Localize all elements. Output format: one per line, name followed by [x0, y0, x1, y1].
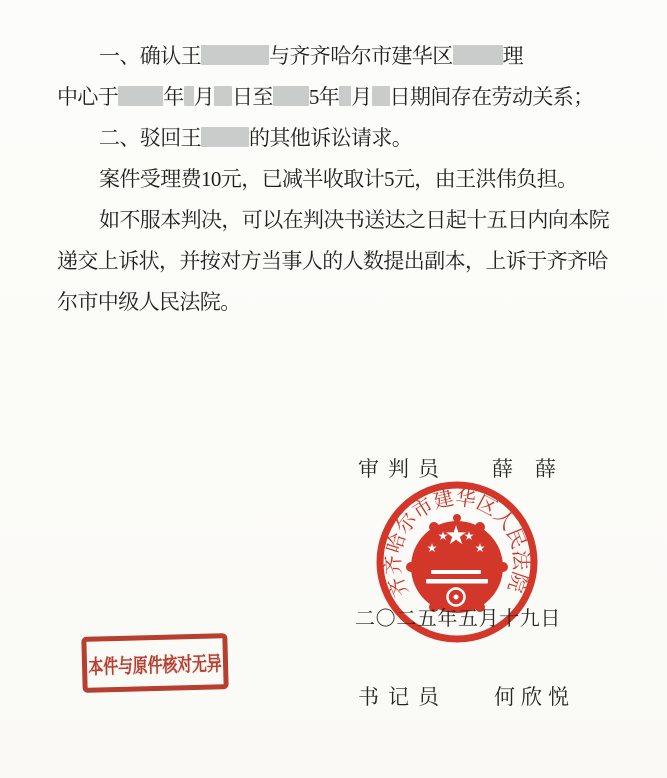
- text-run: 尔市中级人民法院。: [57, 290, 241, 314]
- redaction-box: [184, 86, 194, 106]
- emblem-small-star-icon: ★: [475, 541, 486, 555]
- text-run: 一、确认王: [99, 44, 201, 68]
- judgment-date: 二〇二五年五月十九日: [355, 602, 561, 631]
- text-run: 二、驳回王: [99, 126, 201, 150]
- copy-verification-stamp-text: 本件与原件核对无异: [88, 647, 222, 679]
- judgment-line: 二、驳回王的其他诉讼请求。: [57, 118, 615, 159]
- text-run: 5年: [309, 85, 339, 109]
- text-run: 的其他诉讼请求。: [249, 126, 412, 150]
- emblem-small-star-icon: ★: [427, 541, 438, 555]
- text-run: 年: [163, 85, 183, 109]
- copy-verification-stamp: 本件与原件核对无异: [81, 633, 228, 693]
- judgment-line: 如不服本判决，可以在判决书送达之日起十五日内向本院: [57, 200, 615, 241]
- text-run: 日至: [232, 85, 273, 109]
- national-emblem-icon: ★ ★ ★ ★ ★: [406, 514, 508, 613]
- judgment-line: 一、确认王与齐齐哈尔市建华区理: [57, 36, 615, 77]
- text-run: 案件受理费10元，已减半收取计5元，由王洪伟负担。: [99, 167, 578, 191]
- text-run: 月: [194, 85, 214, 109]
- redaction-box: [339, 86, 351, 106]
- text-run: 日期间存在劳动关系；: [390, 85, 594, 109]
- judgment-body-text: 一、确认王与齐齐哈尔市建华区理中心于年月日至5年月日期间存在劳动关系；二、驳回王…: [57, 36, 615, 323]
- text-run: 月: [351, 85, 371, 109]
- redaction-box: [201, 127, 249, 147]
- redaction-box: [273, 86, 309, 106]
- judgment-line: 中心于年月日至5年月日期间存在劳动关系；: [57, 77, 615, 118]
- text-run: 如不服本判决，可以在判决书送达之日起十五日内向本院: [99, 208, 609, 232]
- redaction-box: [453, 45, 503, 65]
- redaction-box: [214, 86, 232, 106]
- text-run: 与齐齐哈尔市建华区: [269, 44, 453, 68]
- emblem-small-star-icon: ★: [438, 529, 449, 543]
- text-run: 中心于: [57, 85, 118, 109]
- judgment-document-page: 一、确认王与齐齐哈尔市建华区理中心于年月日至5年月日期间存在劳动关系；二、驳回王…: [0, 0, 667, 778]
- redaction-box: [118, 86, 163, 106]
- judgment-line: 案件受理费10元，已减半收取计5元，由王洪伟负担。: [57, 159, 615, 200]
- judgment-line: 尔市中级人民法院。: [57, 282, 615, 323]
- redaction-box: [201, 45, 269, 65]
- judgment-line: 递交上诉状，并按对方当事人的人数提出副本，上诉于齐齐哈: [57, 241, 615, 282]
- text-run: 理: [503, 44, 523, 68]
- emblem-small-star-icon: ★: [464, 529, 475, 543]
- clerk-title-label: 书记员: [358, 681, 448, 711]
- text-run: 递交上诉状，并按对方当事人的人数提出副本，上诉于齐齐哈: [57, 249, 608, 273]
- redaction-box: [372, 86, 390, 106]
- clerk-name: 何欣悦: [494, 681, 575, 711]
